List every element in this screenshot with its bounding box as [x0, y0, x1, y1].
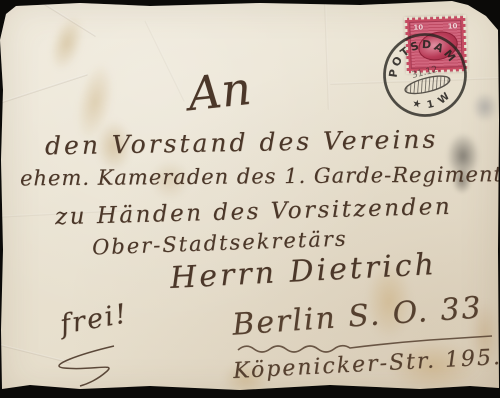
address-salutation: An: [185, 61, 253, 121]
paper-crease: [28, 0, 97, 37]
paper-crease: [144, 20, 185, 102]
envelope-scan: 10 10 POTSDAM ★ 1 W 31.12. An den Vorsta…: [0, 0, 500, 398]
paper-crease: [324, 0, 330, 110]
paper-crease: [0, 73, 88, 104]
address-line-1: den Vorstand des Vereins: [45, 125, 439, 161]
address-line-3: zu Händen des Vorsitzenden: [55, 194, 453, 230]
address-line-2: ehem. Kameraden des 1. Garde-Regiments z…: [20, 162, 500, 191]
berlin-underline: [234, 332, 496, 358]
frei-note: frei!: [58, 298, 131, 340]
frei-flourish: [40, 344, 160, 388]
stain: [44, 11, 90, 75]
